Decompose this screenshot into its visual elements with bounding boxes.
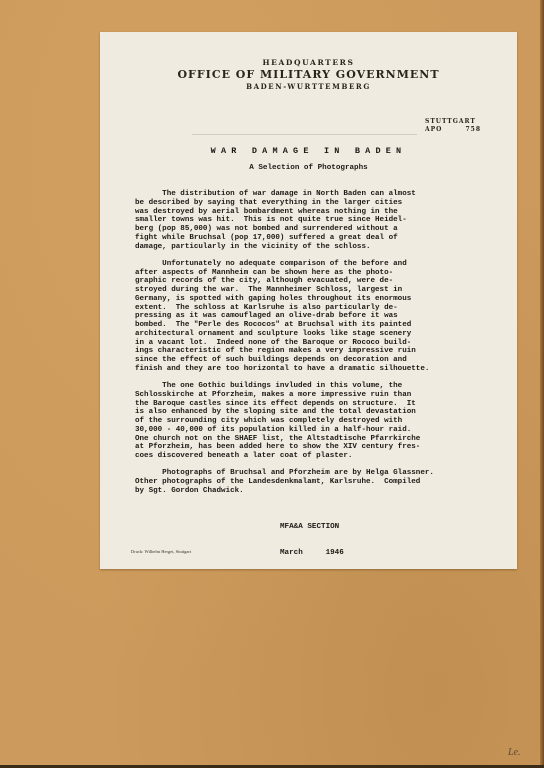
body-line: in a vacant lot. Indeed none of the Baro… — [135, 339, 505, 348]
letterhead-office: OFFICE OF MILITARY GOVERNMENT — [100, 68, 517, 82]
document-body: The distribution of war damage in North … — [135, 190, 505, 504]
document-page: HEADQUARTERS OFFICE OF MILITARY GOVERNME… — [100, 32, 517, 569]
body-line: The distribution of war damage in North … — [135, 190, 505, 199]
board-edge — [540, 0, 544, 768]
body-line: is also enhanced by the sloping site and… — [135, 408, 505, 417]
signature-block: MFA&A SECTION March 1946 — [280, 506, 344, 574]
body-line: the Baroque castles since its effect dep… — [135, 400, 505, 409]
body-line: architectural ornament and sculpture loo… — [135, 330, 505, 339]
divider — [192, 134, 417, 135]
body-line: ings characteristic of the region makes … — [135, 347, 505, 356]
body-line: 30,000 - 40,000 of its population killed… — [135, 426, 505, 435]
body-line: fight while Bruchsal (pop 17,000) suffer… — [135, 234, 505, 243]
body-line: damage, particularly in the vicinity of … — [135, 243, 505, 252]
body-line: after aspects of Mannheim can be shown h… — [135, 269, 505, 278]
body-paragraph: The one Gothic buildings invluded in thi… — [135, 382, 505, 461]
body-line: Germany, is spotted with gaping holes th… — [135, 295, 505, 304]
apo-row: APO 758 — [425, 126, 481, 134]
body-line: The one Gothic buildings invluded in thi… — [135, 382, 505, 391]
body-line: extent. The schloss at Karlsruhe is also… — [135, 304, 505, 313]
mounting-board: HEADQUARTERS OFFICE OF MILITARY GOVERNME… — [0, 0, 544, 768]
body-paragraph: Unfortunately no adequate comparison of … — [135, 260, 505, 374]
pencil-annotation: Le. — [508, 747, 521, 758]
apo-number: 758 — [465, 126, 481, 134]
body-line: graphic records of the city, although ev… — [135, 277, 505, 286]
body-line: of the surrounding city which was comple… — [135, 417, 505, 426]
document-subtitle: A Selection of Photographs — [100, 163, 517, 173]
letterhead-headquarters: HEADQUARTERS — [100, 58, 517, 68]
body-line: smaller towns was hit. This is not quite… — [135, 216, 505, 225]
body-line: pressing as it was camouflaged an olive-… — [135, 312, 505, 321]
body-line: Unfortunately no adequate comparison of … — [135, 260, 505, 269]
body-line: at Pforzheim, has been added here to sho… — [135, 443, 505, 452]
location-block: STUTTGART APO 758 — [425, 118, 481, 134]
letterhead: HEADQUARTERS OFFICE OF MILITARY GOVERNME… — [100, 58, 517, 92]
location-city: STUTTGART — [425, 118, 481, 126]
body-line: One church not on the SHAEF list, the Al… — [135, 435, 505, 444]
body-line: bombed. The "Perle des Rococos" at Bruch… — [135, 321, 505, 330]
body-line: berg (pop 85,000) was not bombed and sur… — [135, 225, 505, 234]
apo-label: APO — [425, 126, 442, 134]
body-line: coes discovered beneath a later coat of … — [135, 452, 505, 461]
signature-date: March 1946 — [280, 549, 344, 558]
body-line: Schlosskirche at Pforzheim, makes a more… — [135, 391, 505, 400]
body-line: Photographs of Bruchsal and Pforzheim ar… — [135, 469, 505, 478]
signature-section: MFA&A SECTION — [280, 523, 344, 532]
printer-credit: Druck: Wilhelm Herget, Stuttgart — [131, 549, 191, 555]
body-line: was destroyed by aerial bombardment wher… — [135, 208, 505, 217]
body-line: finish and they are too horizontal to ha… — [135, 365, 505, 374]
document-title: WAR DAMAGE IN BADEN — [100, 146, 517, 157]
body-line: by Sgt. Gordon Chadwick. — [135, 487, 505, 496]
body-paragraph: Photographs of Bruchsal and Pforzheim ar… — [135, 469, 505, 495]
body-line: stroyed during the war. The Mannheimer S… — [135, 286, 505, 295]
body-line: Other photographs of the Landesdenkmalam… — [135, 478, 505, 487]
letterhead-region: BADEN-WURTTEMBERG — [100, 82, 517, 92]
body-paragraph: The distribution of war damage in North … — [135, 190, 505, 251]
body-line: be described by saying that everything i… — [135, 199, 505, 208]
body-line: since the effect of such buildings depen… — [135, 356, 505, 365]
